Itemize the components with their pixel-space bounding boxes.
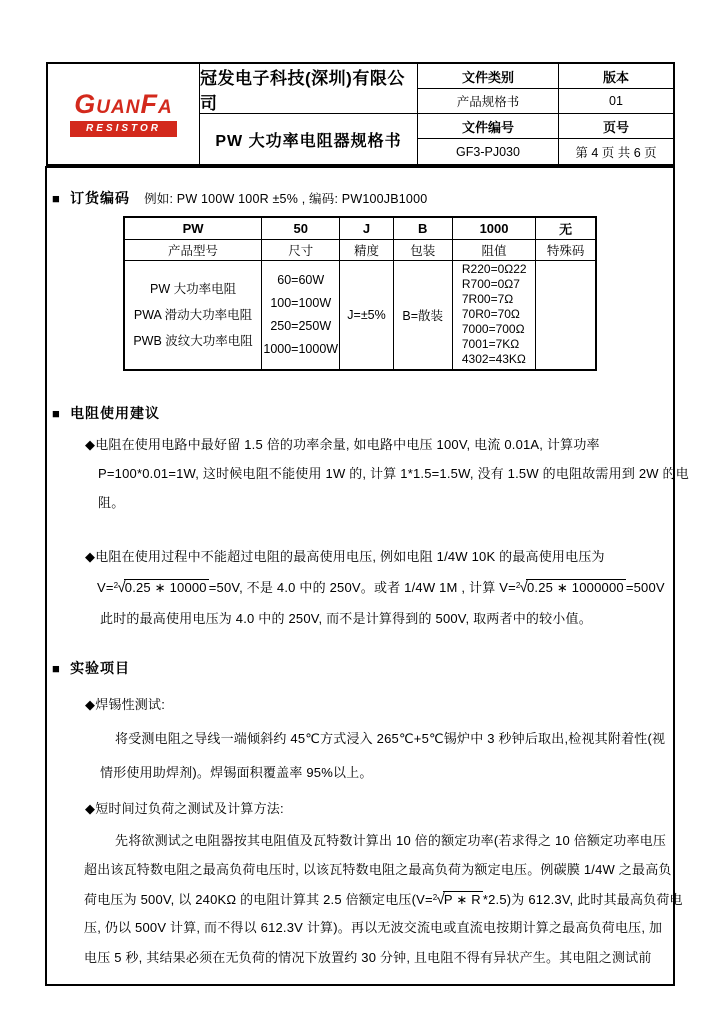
formula-suffix: *2.5)为 612.3V, 此时其最高负荷电 [483, 892, 683, 907]
label-cell: 包装 [393, 239, 452, 260]
ordering-code-example: 例如: PW 100W 100R ±5% , 编码: PW100JB1000 [144, 192, 427, 206]
label-cell: 产品型号 [124, 239, 262, 260]
solder-test-title: ◆焊锡性测试: [85, 697, 165, 713]
page-number-value: 第 4 页 共 6 页 [559, 139, 673, 164]
usage-bullet2-line3: 此时的最高使用电压为 4.0 中的 250V, 而不是计算得到的 500V, 取… [100, 611, 592, 627]
section-square-marker: ■ [52, 661, 60, 676]
label-cell: 特殊码 [536, 239, 596, 260]
section-heading-ordering-code: ■订货编码例如: PW 100W 100R ±5% , 编码: PW100JB1… [52, 190, 427, 207]
usage-bullet1-line3: 阻。 [98, 495, 124, 511]
solder-test-line2: 情形使用助焊剂)。焊锡面积覆盖率 95%以上。 [100, 765, 373, 781]
tolerance-cell: J=±5% [340, 260, 393, 370]
version-value: 01 [559, 89, 673, 114]
packing-cell: B=散装 [393, 260, 452, 370]
square-root-expression: 2√P ∗ R [433, 890, 483, 908]
usage-bullet1-line2: P=100*0.01=1W, 这时候电阻不能使用 1W 的, 计算 1*1.5=… [98, 466, 689, 482]
file-number-value: GF3-PJ030 [418, 139, 559, 164]
formula-prefix: 荷电压为 500V, 以 240KΩ 的电阻计算其 2.5 倍额定电压(V= [84, 892, 433, 907]
overload-test-line4: 压, 仍以 500V 计算, 而不得以 612.3V 计算)。再以无波交流电或直… [84, 920, 662, 936]
code-cell: B [393, 217, 452, 239]
solder-test-line1: 将受测电阻之导线一端倾斜约 45℃方式浸入 265℃+5℃锡炉中 3 秒钟后取出… [115, 731, 665, 747]
section-heading-test-items: ■实验项目 [52, 660, 130, 677]
label-cell: 精度 [340, 239, 393, 260]
overload-test-line5: 电压 5 秒, 其结果必须在无负荷的情况下放置约 30 分钟, 且电阻不得有异状… [84, 950, 652, 966]
file-number-label: 文件编号 [418, 114, 559, 139]
code-cell: PW [124, 217, 262, 239]
section-square-marker: ■ [52, 191, 60, 206]
table-row-labels: 产品型号 尺寸 精度 包装 阻值 特殊码 [124, 239, 596, 260]
company-logo: GuanFa RESISTOR [48, 64, 200, 164]
page-number-label: 页号 [559, 114, 673, 139]
spec-document-page: GuanFa RESISTOR 冠发电子科技(深圳)有限公司 文件类别 版本 产… [0, 0, 720, 1018]
brand-logo-text: GuanFa [74, 91, 172, 118]
label-cell: 阻值 [452, 239, 535, 260]
usage-bullet2-line1: ◆电阻在使用过程中不能超过电阻的最高使用电压, 例如电阻 1/4W 10K 的最… [85, 549, 605, 565]
overload-test-line1: 先将欲测试之电阻器按其电阻值及瓦特数计算出 10 倍的额定功率(若求得之 10 … [115, 833, 666, 849]
section-title: 电阻使用建议 [70, 405, 160, 421]
special-code-cell [536, 260, 596, 370]
code-cell: J [340, 217, 393, 239]
section-heading-usage-advice: ■电阻使用建议 [52, 405, 160, 422]
model-types-cell: PW 大功率电阻 PWA 滑动大功率电阻 PWB 波纹大功率电阻 [124, 260, 262, 370]
radicand: P ∗ R [443, 891, 483, 908]
brand-logo-tagline: RESISTOR [70, 121, 177, 137]
section-title: 实验项目 [70, 660, 130, 676]
radicand: 0.25 ∗ 1000000 [526, 579, 626, 596]
label-cell: 尺寸 [262, 239, 340, 260]
usage-bullet2-line2: V=2√0.25 ∗ 10000=50V, 不是 4.0 中的 250V。或者 … [97, 578, 665, 596]
square-root-expression: 2√0.25 ∗ 10000 [114, 578, 209, 596]
table-row-codes: PW 50 J B 1000 无 [124, 217, 596, 239]
formula-suffix: =500V [626, 580, 665, 595]
radicand: 0.25 ∗ 10000 [124, 579, 209, 596]
document-header-table: GuanFa RESISTOR 冠发电子科技(深圳)有限公司 文件类别 版本 产… [46, 62, 675, 166]
code-cell: 50 [262, 217, 340, 239]
overload-test-title: ◆短时间过负荷之测试及计算方法: [85, 801, 284, 817]
overload-test-line3: 荷电压为 500V, 以 240KΩ 的电阻计算其 2.5 倍额定电压(V=2√… [84, 890, 683, 908]
formula-middle: =50V, 不是 4.0 中的 250V。或者 1/4W 1M , 计算 V= [209, 580, 516, 595]
overload-test-line2: 超出该瓦特数电阻之最高负荷电压时, 以该瓦特数电阻之最高负荷为额定电压。例碳膜 … [84, 862, 672, 878]
ordering-code-table: PW 50 J B 1000 无 产品型号 尺寸 精度 包装 阻值 特殊码 PW… [123, 216, 597, 371]
version-label: 版本 [559, 64, 673, 89]
resistance-values-cell: R220=0Ω22 R700=0Ω7 7R00=7Ω 70R0=70Ω 7000… [452, 260, 535, 370]
usage-bullet1-line1: ◆电阻在使用电路中最好留 1.5 倍的功率余量, 如电路中电压 100V, 电流… [85, 437, 600, 453]
code-cell: 1000 [452, 217, 535, 239]
section-square-marker: ■ [52, 406, 60, 421]
section-title: 订货编码 [70, 190, 130, 206]
file-type-value: 产品规格书 [418, 89, 559, 114]
document-title: PW 大功率电阻器规格书 [200, 114, 418, 164]
code-cell: 无 [536, 217, 596, 239]
file-type-label: 文件类别 [418, 64, 559, 89]
table-row-body: PW 大功率电阻 PWA 滑动大功率电阻 PWB 波纹大功率电阻 60=60W … [124, 260, 596, 370]
size-codes-cell: 60=60W 100=100W 250=250W 1000=1000W [262, 260, 340, 370]
company-name: 冠发电子科技(深圳)有限公司 [200, 64, 418, 114]
square-root-expression: 2√0.25 ∗ 1000000 [516, 578, 626, 596]
formula-prefix: V= [97, 580, 114, 595]
